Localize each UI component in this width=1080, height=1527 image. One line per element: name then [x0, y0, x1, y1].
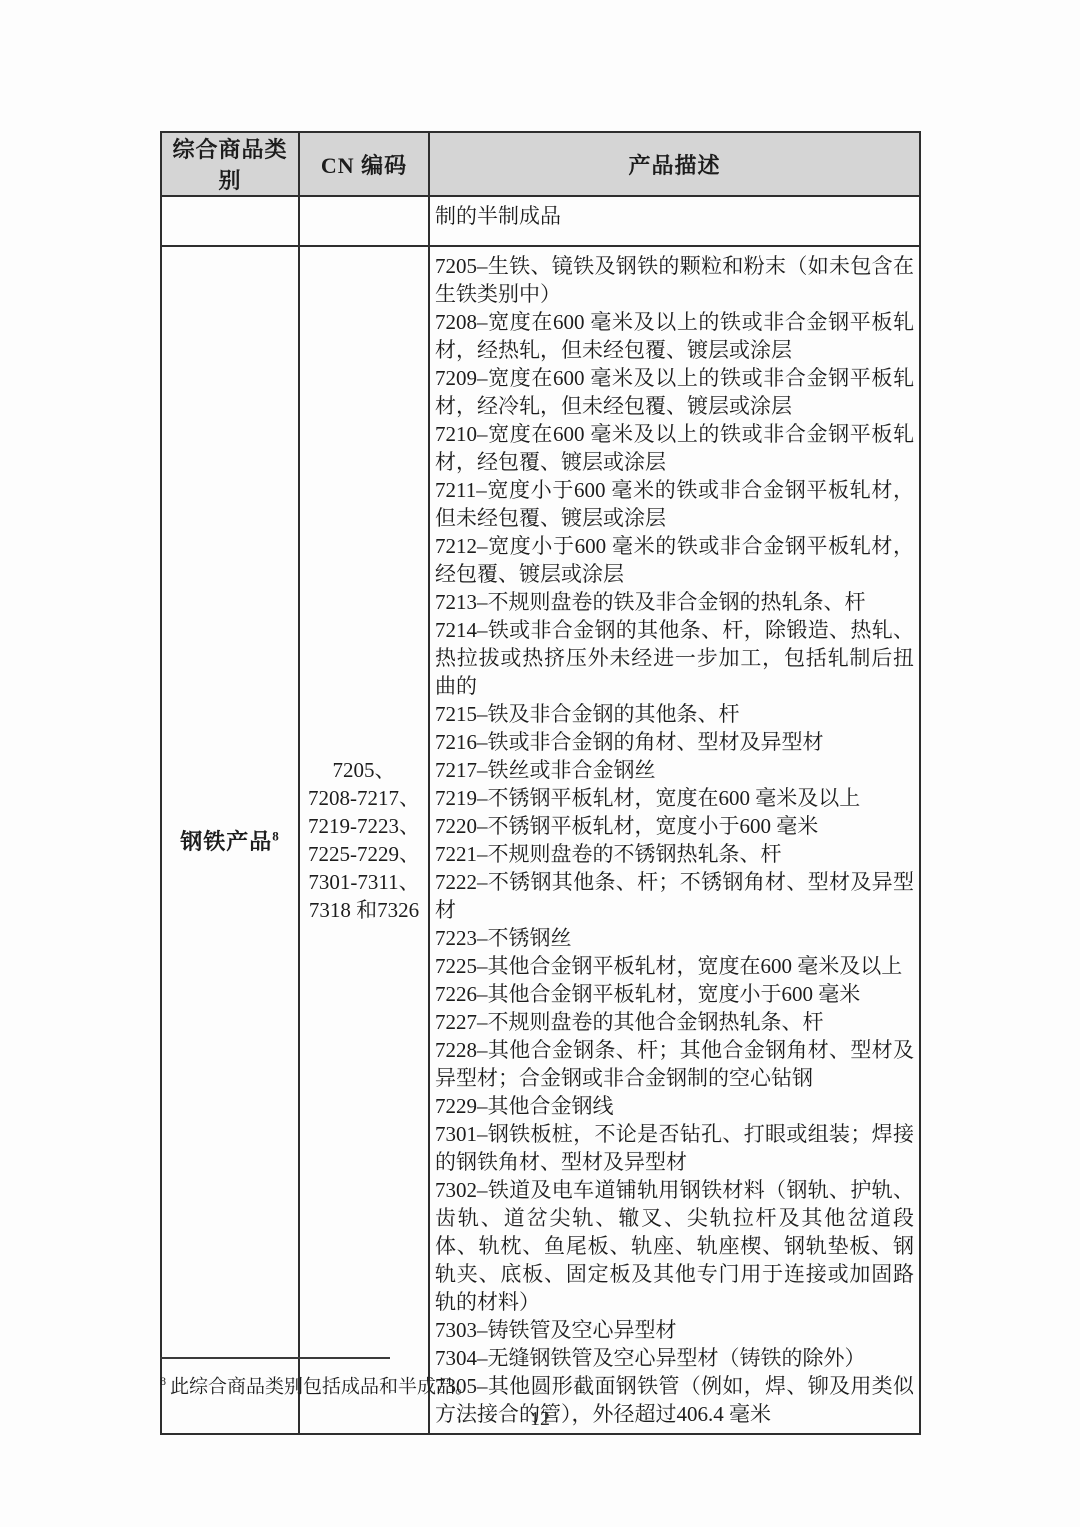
header-cn-code: CN 编码: [299, 132, 429, 196]
header-product-description: 产品描述: [429, 132, 920, 196]
description-cell: 7205–生铁、镜铁及钢铁的颗粒和粉末（如未包含在生铁类别中）7208–宽度在6…: [429, 246, 920, 1434]
description-item: 7213–不规则盘卷的铁及非合金钢的热轧条、杆: [435, 588, 914, 616]
category-footnote-marker: 8: [272, 828, 280, 843]
description-item: 7214–铁或非合金钢的其他条、杆，除锻造、热轧、热拉拔或热挤压外未经进一步加工…: [435, 616, 914, 700]
description-items: 7205–生铁、镜铁及钢铁的颗粒和粉末（如未包含在生铁类别中）7208–宽度在6…: [435, 252, 914, 1428]
category-label: 钢铁产品: [180, 829, 272, 854]
description-item: 7221–不规则盘卷的不锈钢热轧条、杆: [435, 840, 914, 868]
footnote-marker: 8: [160, 1374, 166, 1388]
cn-codes-cell: 7205、7208-7217、7219-7223、7225-7229、7301-…: [299, 246, 429, 1434]
description-item: 7220–不锈钢平板轧材，宽度小于600 毫米: [435, 812, 914, 840]
cn-code-line: 7219-7223、: [300, 812, 428, 840]
description-item: 7208–宽度在600 毫米及以上的铁或非合金钢平板轧材，经热轧，但未经包覆、镀…: [435, 308, 914, 364]
description-item: 7219–不锈钢平板轧材，宽度在600 毫米及以上: [435, 784, 914, 812]
cn-code-lines: 7205、7208-7217、7219-7223、7225-7229、7301-…: [300, 756, 428, 924]
description-item: 7211–宽度小于600 毫米的铁或非合金钢平板轧材，但未经包覆、镀层或涂层: [435, 476, 914, 532]
description-item: 7222–不锈钢其他条、杆；不锈钢角材、型材及异型材: [435, 868, 914, 924]
description-item: 7209–宽度在600 毫米及以上的铁或非合金钢平板轧材，经冷轧，但未经包覆、镀…: [435, 364, 914, 420]
commodity-table: 综合商品类别 CN 编码 产品描述 制的半制成品 钢铁产品8 7205、7208…: [160, 131, 921, 1435]
description-item: 7302–铁道及电车道铺轨用钢铁材料（钢轨、护轨、齿轨、道岔尖轨、辙叉、尖轨拉杆…: [435, 1176, 914, 1316]
description-item: 7225–其他合金钢平板轧材，宽度在600 毫米及以上: [435, 952, 914, 980]
footnote: 8此综合商品类别包括成品和半成品。: [160, 1368, 780, 1400]
cn-code-line: 7208-7217、: [300, 784, 428, 812]
description-item: 7228–其他合金钢条、杆；其他合金钢角材、型材及异型材；合金钢或非合金钢制的空…: [435, 1036, 914, 1092]
header-category: 综合商品类别: [161, 132, 299, 196]
description-item: 7217–铁丝或非合金钢丝: [435, 756, 914, 784]
table-header-row: 综合商品类别 CN 编码 产品描述: [161, 132, 920, 196]
cn-code-cell-empty: [299, 196, 429, 246]
category-cell: 钢铁产品8: [161, 246, 299, 1434]
cn-code-line: 7225-7229、: [300, 840, 428, 868]
cn-code-line: 7205、: [300, 756, 428, 784]
page-number: 12: [0, 1408, 1080, 1431]
description-item: 7210–宽度在600 毫米及以上的铁或非合金钢平板轧材，经包覆、镀层或涂层: [435, 420, 914, 476]
description-item: 7301–钢铁板桩，不论是否钻孔、打眼或组装；焊接的钢铁角材、型材及异型材: [435, 1120, 914, 1176]
description-item: 7229–其他合金钢线: [435, 1092, 914, 1120]
footnote-divider: [160, 1357, 390, 1359]
description-item: 7212–宽度小于600 毫米的铁或非合金钢平板轧材，经包覆、镀层或涂层: [435, 532, 914, 588]
description-item: 7215–铁及非合金钢的其他条、杆: [435, 700, 914, 728]
document-page: 综合商品类别 CN 编码 产品描述 制的半制成品 钢铁产品8 7205、7208…: [0, 0, 1080, 1527]
footnote-text: 此综合商品类别包括成品和半成品。: [170, 1376, 474, 1397]
cn-code-line: 7301-7311、: [300, 868, 428, 896]
description-item: 7216–铁或非合金钢的角材、型材及异型材: [435, 728, 914, 756]
description-item: 7205–生铁、镜铁及钢铁的颗粒和粉末（如未包含在生铁类别中）: [435, 252, 914, 308]
description-item: 7227–不规则盘卷的其他合金钢热轧条、杆: [435, 1008, 914, 1036]
category-cell-empty: [161, 196, 299, 246]
description-item: 7303–铸铁管及空心异型材: [435, 1316, 914, 1344]
cn-code-line: 7318 和7326: [300, 896, 428, 924]
description-item: 7223–不锈钢丝: [435, 924, 914, 952]
table-row-steel-products: 钢铁产品8 7205、7208-7217、7219-7223、7225-7229…: [161, 246, 920, 1434]
description-continuation: 制的半制成品: [429, 196, 920, 246]
table-row-continuation: 制的半制成品: [161, 196, 920, 246]
description-item: 7226–其他合金钢平板轧材，宽度小于600 毫米: [435, 980, 914, 1008]
